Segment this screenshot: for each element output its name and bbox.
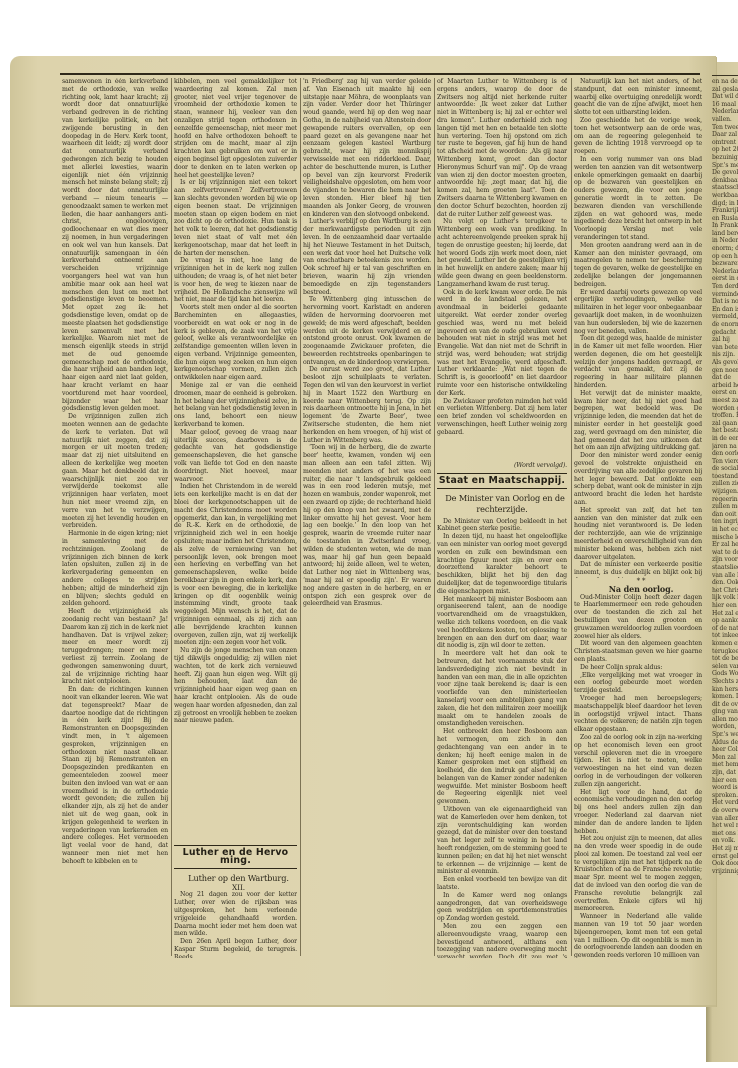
next-page-line: van alle lan- [712, 572, 738, 580]
next-page-line: vermeld, dat [712, 313, 738, 321]
next-page-line: ernst gelezen. [712, 853, 738, 861]
next-page-line: de enorme [712, 321, 738, 329]
paragraph: Voorts stelt men onder al die soorten Ba… [174, 304, 297, 382]
paragraph: Er werd daarbij voorts gewezen op veel e… [574, 289, 702, 336]
next-page-line: Spr.'s wensch. [712, 731, 738, 739]
paragraph: Men zou een zeggen een allereenvoudigste… [437, 923, 567, 958]
next-page-line: de overweging [712, 807, 738, 815]
paragraph: Het zou onjuist zijn te meenen, dat alle… [574, 835, 702, 913]
column-divider [571, 78, 572, 956]
next-page-line: bezwaren geb [712, 260, 738, 268]
next-page-line: regeeringen [712, 496, 738, 504]
next-page-line: Daar zal in [712, 131, 738, 139]
next-page-line: zal gaan om [712, 420, 738, 428]
column-2: kibbelen, men veel gemakkelijker tot waa… [174, 78, 297, 958]
top-rule [60, 73, 700, 75]
next-page-line: Ten derde [712, 283, 738, 291]
next-page-line: op een hooger [712, 253, 738, 261]
next-page-line: Het zij met [712, 845, 738, 853]
column-5: Natuurlijk kan het niet anders, of het s… [574, 78, 702, 958]
next-page-line: kan herstel [712, 686, 738, 694]
next-page-line: Het verdient [712, 799, 738, 807]
paragraph: Nu zijn de jonge menschen van onzen tijd… [174, 647, 297, 725]
column-divider [171, 78, 172, 956]
next-page-line: vallen. [712, 116, 738, 124]
next-page-line: den oorlog. [712, 450, 738, 458]
next-page-line: het Christe- [712, 587, 738, 595]
next-page-line: zijn, dat er [712, 769, 738, 777]
paragraph: samenwonen in één kerkverband met de ort… [62, 78, 168, 413]
next-page-line: den. Ook voor [712, 579, 738, 587]
paragraph: De onrust werd zoo groot, dat Luther bes… [303, 366, 431, 444]
next-page-line: wijzigen. De [712, 488, 738, 496]
next-page-line: gedacht [712, 329, 738, 337]
next-page-line: staatslieden [712, 564, 738, 572]
next-page-line: ten ingrijpen [712, 518, 738, 526]
paragraph: Een enkel voorbeeld ten bewijze van dit … [437, 876, 567, 892]
next-page-line: Als gevol- [712, 359, 738, 367]
paragraph: Vroeger had men beroepslegers; maatschap… [574, 695, 702, 734]
next-page-line: komen en [712, 640, 738, 648]
next-page-line: zijn voor de [712, 556, 738, 564]
next-page-line: Frankrijk ver [712, 207, 738, 215]
next-page-line: toestanden [712, 473, 738, 481]
next-page-line: de sociale [712, 465, 738, 473]
next-page-line: nis zijn. [712, 351, 738, 359]
paragraph: Dit woord van den algemeen geachten Chri… [574, 640, 702, 663]
article-continuation: of Maarten Luther te Wittenberg is of er… [437, 78, 567, 462]
paragraph: Te Wittenberg ging intusschen de hervorm… [303, 296, 431, 366]
paragraph: of Maarten Luther te Wittenberg is of er… [437, 78, 567, 218]
next-page-line: worden ge- [712, 405, 738, 413]
next-page-line: hier een taak. [712, 602, 738, 610]
next-page-line: het bestaan [712, 427, 738, 435]
next-page-line: Dat is nog [712, 298, 738, 306]
next-page-line: denkbaar zijn [712, 177, 738, 185]
next-page-line: en volk. [712, 837, 738, 845]
paragraph: Zoo geschiedde het de vorige week, toen … [574, 117, 702, 156]
next-page-line: dan ooit moe- [712, 511, 738, 519]
paragraph: In een vorig nummer van ons blad werden … [574, 156, 702, 242]
next-page-line: De gevolgen [712, 169, 738, 177]
next-page-line: komen. Dat [712, 693, 738, 701]
next-page-line: Slechts zoo [712, 678, 738, 686]
next-page-line: hier een ernstig [712, 777, 738, 785]
next-page-line: En dan is [712, 306, 738, 314]
next-page-line: of de naties [712, 625, 738, 633]
next-page-line: mische leven. [712, 534, 738, 542]
next-page-line: Nederland aan [712, 108, 738, 116]
next-page-top-rule [712, 75, 738, 76]
next-page-column: en na den oorlogzal geslagenDat wil dus … [712, 60, 738, 1010]
next-page-line: wat te doen [712, 549, 738, 557]
next-page-line: Men zal het [712, 754, 738, 762]
paragraph: In dezen tijd, nu haast het ongelooflijk… [437, 533, 567, 595]
next-page-line: arbeid het [712, 382, 738, 390]
next-page-line: digd; in Eng- [712, 200, 738, 208]
paragraph: De Zwickauer profeten ruimden het veld e… [437, 398, 567, 437]
article-number: XII. [174, 884, 297, 892]
next-page-line: in Nederland [712, 237, 738, 245]
paragraph: Het mankeert bij minister Bosboom aan or… [437, 596, 567, 651]
next-page-line: zullen meer [712, 503, 738, 511]
next-page-line: bezuiniging van [712, 154, 738, 162]
paragraph: Heeft de vrijzinnigheid als zoodanig rec… [62, 608, 168, 686]
next-page-line: vermindering [712, 291, 738, 299]
next-page-line: terugkeeren [712, 648, 738, 656]
paragraph: Ook in de kerk kwam weer orde. De mis we… [437, 289, 567, 398]
article-title: Na den oorlog. [574, 586, 702, 594]
next-page-line: Gods Woord. [712, 670, 738, 678]
paragraph: Dat de minister een verkeerde positie in… [574, 561, 702, 578]
next-page-line: enorm; daar [712, 245, 738, 253]
article-continuation: kibbelen, men veel gemakkelijker tot waa… [174, 78, 297, 842]
next-page-line: met ons land [712, 830, 738, 838]
next-page-line: en na den oorlog [712, 78, 738, 86]
paragraph: En dan: de richtingen kunnen nooit van e… [62, 686, 168, 865]
next-page-line: 16 maal de [712, 101, 738, 109]
next-page-line: met hem eens [712, 761, 738, 769]
next-page-line: vrijzinnigen. [712, 868, 738, 876]
paragraph: Harmonie in de eigen kring; niet in same… [62, 530, 168, 608]
next-page-line: dat de [712, 374, 738, 382]
next-page-line: woord is ge- [712, 784, 738, 792]
next-page-line: Ten tweede [712, 124, 738, 132]
next-page-line: in het econo- [712, 526, 738, 534]
paragraph: Het ontbreekt den heer Bosboom aan het v… [437, 728, 567, 806]
paragraph: Toen dit gezegd was, haalde de minister … [574, 335, 702, 390]
paragraph: ‘Toen wij in de herberg, die de zwarte b… [303, 444, 431, 608]
paragraph: Nu volgt op Luther's terugkeer te Witten… [437, 218, 567, 288]
paragraph: Men grooten aandrang werd aan in de Kame… [574, 242, 702, 289]
paragraph: Wanneer in Nederland alle valide mannen … [574, 913, 702, 958]
next-page-line: in de eerste [712, 435, 738, 443]
paragraph: Indien het Christendom in de wereld iets… [174, 483, 297, 647]
paragraph: Het ligt voor de hand, dat de economisch… [574, 789, 702, 836]
paragraph: ‚Elke vergelijking met wat vroeger in ee… [574, 672, 702, 695]
next-page-line: Dat wil dus zeggen [712, 93, 738, 101]
next-page-text: en na den oorlogzal geslagenDat wil dus … [712, 78, 738, 875]
next-page-line: jaren na [712, 443, 738, 451]
next-page-line: van beteeke- [712, 344, 738, 352]
paragraph: In meerdere valt het dan ook te betreure… [437, 650, 567, 728]
next-page-line: en Rusland [712, 215, 738, 223]
next-page-line: Er zal heel [712, 541, 738, 549]
paragraph: Uitboven van ele eigenaardigheid van wat… [437, 806, 567, 876]
next-page-line: Aldus de [712, 739, 738, 747]
next-page-line: staatsschuld [712, 184, 738, 192]
next-page-line: Spr.'s meening [712, 162, 738, 170]
next-page-line: Ten vierde [712, 458, 738, 466]
paragraph: Natuurlijk kan het niet anders, of het s… [574, 78, 702, 117]
next-page-line: werkbaarheid, [712, 192, 738, 200]
next-page-line: dit de overtui- [712, 701, 738, 709]
section-heading-luther: Luther en de Hervo ming. [174, 845, 297, 869]
paragraph: Maar geloof, gevoeg de vraag naar uiterl… [174, 429, 297, 484]
section-heading-staat: Staat en Maatschappij. [437, 473, 567, 489]
next-page-line: het wel meenen [712, 822, 738, 830]
next-page-line: zullen zich [712, 480, 738, 488]
paragraph: De vraag is niet, hoe lang de vrijzinnig… [174, 257, 297, 304]
article-title: Luther op den Wartburg. [174, 873, 297, 884]
next-page-line: eerst in de [712, 275, 738, 283]
article-title: De Minister van Oorlog en de rechterzijd… [437, 493, 567, 515]
next-page-line: op aankomen [712, 617, 738, 625]
paragraph: 'n Friedberg' zag hij van verder geleide… [303, 78, 431, 218]
next-page-line: gen noemt hij [712, 367, 738, 375]
next-page-line: Nederland [712, 268, 738, 276]
next-page-line: lijk volk ligt [712, 594, 738, 602]
next-page-line: tot inkeer [712, 632, 738, 640]
article-continuation: Natuurlijk kan het niet anders, of het s… [574, 78, 702, 578]
column-1: samenwonen in één kerkverband met de ort… [62, 78, 168, 958]
column-divider [434, 78, 435, 956]
paragraph: De heer Colijn sprak aldus: [574, 664, 702, 672]
paragraph: Luther's verblijf op den Wartburg is een… [303, 218, 431, 296]
paragraph: Het spreekt van zelf, dat het ten aanzie… [574, 507, 702, 562]
next-page-line: omtrent 1 pct [712, 139, 738, 147]
next-page-line: troffen. Het [712, 412, 738, 420]
paragraph: kibbelen, men veel gemakkelijker tot waa… [174, 78, 297, 179]
paragraph: De Minister van Oorlog bekleedt in het K… [437, 518, 567, 534]
next-page-line: sproken. [712, 792, 738, 800]
column-4: of Maarten Luther te Wittenberg is of er… [437, 78, 567, 958]
next-page-line: van allen die [712, 815, 738, 823]
next-page-line: land bereikt [712, 230, 738, 238]
paragraph: De vrijzinnigen zullen zich moeten wenne… [62, 413, 168, 530]
paragraph: Den 26en April begon Luther, door Kaspar… [174, 938, 297, 958]
paragraph: Het verwijt dat de minister maakte, kwam… [574, 390, 702, 452]
next-page-line: meest zal [712, 397, 738, 405]
paragraph: Menige zal er van die eenheid droomen, m… [174, 382, 297, 429]
next-page-line: ging van ons [712, 708, 738, 716]
paragraph: Is er bij vrijzinnigen niet een tekort a… [174, 179, 297, 257]
paragraph: Nog 21 dagen zou voor der ketter Luther,… [174, 891, 297, 938]
column-divider [300, 78, 301, 956]
paragraph: Oud-Minister Colijn heeft dezer dagen te… [574, 594, 702, 641]
paragraph: Zoo zal de oorlog ook in zijn na-werking… [574, 734, 702, 789]
next-page-line: op het 200 u. [712, 146, 738, 154]
next-page-line: In Frank- [712, 222, 738, 230]
next-page-line: worden, is [712, 723, 738, 731]
column-3: 'n Friedberg' zag hij van verder geleide… [303, 78, 431, 958]
next-page-line: selen van [712, 663, 738, 671]
next-page-line: heer Colijn. [712, 746, 738, 754]
to-be-continued: (Wordt vervolgd). [437, 462, 567, 470]
next-page-line: Het zal er [712, 610, 738, 618]
page-bottom-edge [10, 1005, 716, 1007]
paragraph: In de Kamer werd nog onlangs aangedronge… [437, 892, 567, 923]
next-page-line: Ook door de [712, 860, 738, 868]
next-page-line: eerst en het [712, 389, 738, 397]
next-page-line: tot de begin- [712, 655, 738, 663]
next-page-line: zal geslagen [712, 86, 738, 94]
paragraph: Door den minister werd zonder eenig gevo… [574, 452, 702, 507]
next-page-line: allen moge [712, 716, 738, 724]
next-page-line: zal hij [712, 336, 738, 344]
